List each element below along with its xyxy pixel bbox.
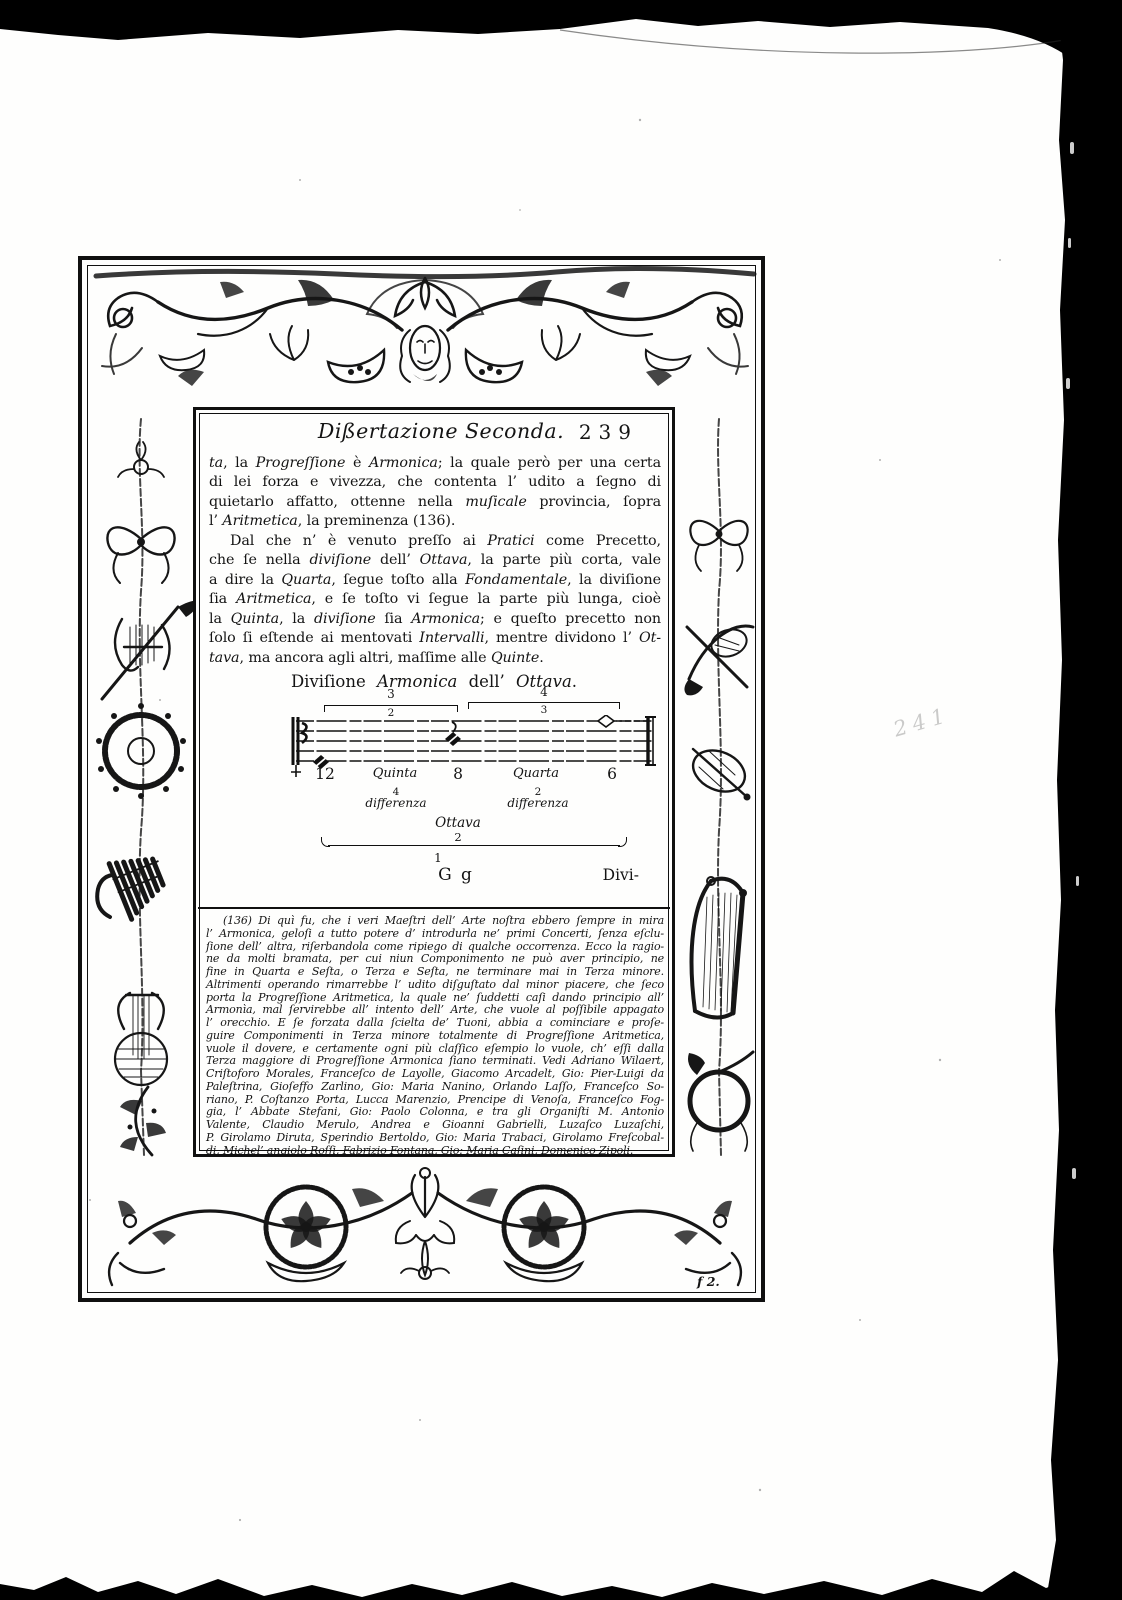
body-paragraph-1: ta, la Progreſſione è Armonica; la quale… <box>209 454 661 532</box>
scanned-book-page: Dißertazione Seconda. 239 ta, la Progreſ… <box>0 0 1122 1600</box>
text-line: di, Michel’ angiolo Roſſi, Fabrizio Font… <box>206 1145 664 1158</box>
footnote: (136) Di quì fu, che i veri Maeſtri dell… <box>206 915 664 1157</box>
handwritten-margin-note: 241 <box>891 702 953 741</box>
text-line: che ſe nella diviſione dell’ Ottava, la … <box>209 551 661 570</box>
note-diamond-mid <box>445 722 461 746</box>
text-line: la Quinta, la diviſione ſia Armonica; e … <box>209 610 661 629</box>
right-border-instruments <box>677 411 762 1157</box>
torn-edge-bottom <box>0 1560 1122 1600</box>
ottava-denominator: 1 <box>418 851 458 865</box>
footnote-rule <box>198 907 670 909</box>
gathering-signature: G g <box>386 865 526 885</box>
text-line: ſolo ſi eſtende ai mentovati Intervalli,… <box>209 629 661 648</box>
page-text-block: Dißertazione Seconda. 239 ta, la Progreſ… <box>193 407 675 1157</box>
palmette-ornament <box>396 1168 454 1279</box>
text-line: (136) Di quì fu, che i veri Maeſtri dell… <box>206 915 664 928</box>
lyre-trumpet-trophy <box>102 601 197 699</box>
staff-clef-icon <box>291 717 307 777</box>
label-quarta: Quarta <box>496 766 576 781</box>
label-quinta: Quinta <box>354 766 436 781</box>
text-line: Criſtoforo Morales, Franceſco de Layolle… <box>206 1068 664 1081</box>
differenza-right-label: differenza <box>496 796 580 810</box>
text-line: ta, la Progreſſione è Armonica; la quale… <box>209 454 661 473</box>
torn-edge-top <box>0 0 1122 130</box>
plate-mark: f 2. <box>697 1274 720 1289</box>
bottom-border-ornament <box>86 1157 765 1302</box>
number-8: 8 <box>442 765 474 783</box>
text-line: l’ orecchio. E ſe forzata dalla ſcielta … <box>206 1017 664 1030</box>
text-line: Paleſtrina, Gioſeffo Zarlino, Gio: Maria… <box>206 1081 664 1094</box>
drum-ornament <box>687 743 752 801</box>
text-line: l’ Armonica, geloſi a tutto potere d’ in… <box>206 928 664 941</box>
top-border-ornament <box>86 264 765 411</box>
mask-ornament <box>367 278 483 382</box>
differenza-left-label: differenza <box>354 796 438 810</box>
running-title: Dißertazione Seconda. <box>301 419 581 443</box>
text-line: Dal che n’ è venuto preſſo ai Pratici co… <box>209 532 661 551</box>
text-line: guire Componimenti in Terza minore total… <box>206 1030 664 1043</box>
ribbon-bow-ornament <box>107 527 174 583</box>
torn-edge-right <box>1046 0 1122 1600</box>
number-6: 6 <box>596 765 628 783</box>
octave-bracket <box>328 836 620 846</box>
text-line: di lei forza e vivezza, che contenta l’ … <box>209 473 661 492</box>
number-12: 12 <box>308 765 342 783</box>
text-line: fine in Quarta e Seſta, o Terza e Seſta,… <box>206 966 664 979</box>
flower-pendant-ornament <box>118 442 164 477</box>
text-line: P. Girolamo Diruta, Sperindio Bertoldo, … <box>206 1132 664 1145</box>
ratio-bracket-right <box>468 702 620 703</box>
ottava-label: Ottava <box>410 815 506 831</box>
figure-heading: Diviſione Armonica dell’ Ottava. <box>196 672 672 691</box>
scan-edge-specks <box>1066 142 1079 1179</box>
page-number: 239 <box>579 420 638 444</box>
text-line: l’ Aritmetica, la preminenza (136). <box>209 512 661 531</box>
music-figure: 3 2 4 3 <box>196 691 678 871</box>
text-line: Valente, Claudio Merulo, Andrea e Gioann… <box>206 1119 664 1132</box>
harp-ornament <box>692 877 746 1018</box>
ratio-left-numerator: 3 <box>381 687 401 701</box>
text-line: a dire la Quarta, ſegue toſto alla Fonda… <box>209 571 661 590</box>
ratio-right-numerator: 4 <box>534 685 554 699</box>
text-line: tava, ma ancora agli altri, maſſime alle… <box>209 649 661 668</box>
body-paragraph-2: Dal che n’ è venuto preſſo ai Pratici co… <box>209 532 661 668</box>
left-border-instruments <box>86 411 197 1157</box>
text-line: quietarlo affatto, ottenne nella muſical… <box>209 493 661 512</box>
tambourine-ornament <box>96 703 186 799</box>
catchword: Divi- <box>603 866 639 884</box>
ratio-bracket-left <box>324 705 458 706</box>
crook-ornament <box>97 875 112 917</box>
text-line: Altrimenti operando rimarrebbe l’ udito … <box>206 979 664 992</box>
text-line: ſia Aritmetica, e ſe toſto vi ſegue la p… <box>209 590 661 609</box>
ribbon-bow-ornament <box>690 521 747 571</box>
